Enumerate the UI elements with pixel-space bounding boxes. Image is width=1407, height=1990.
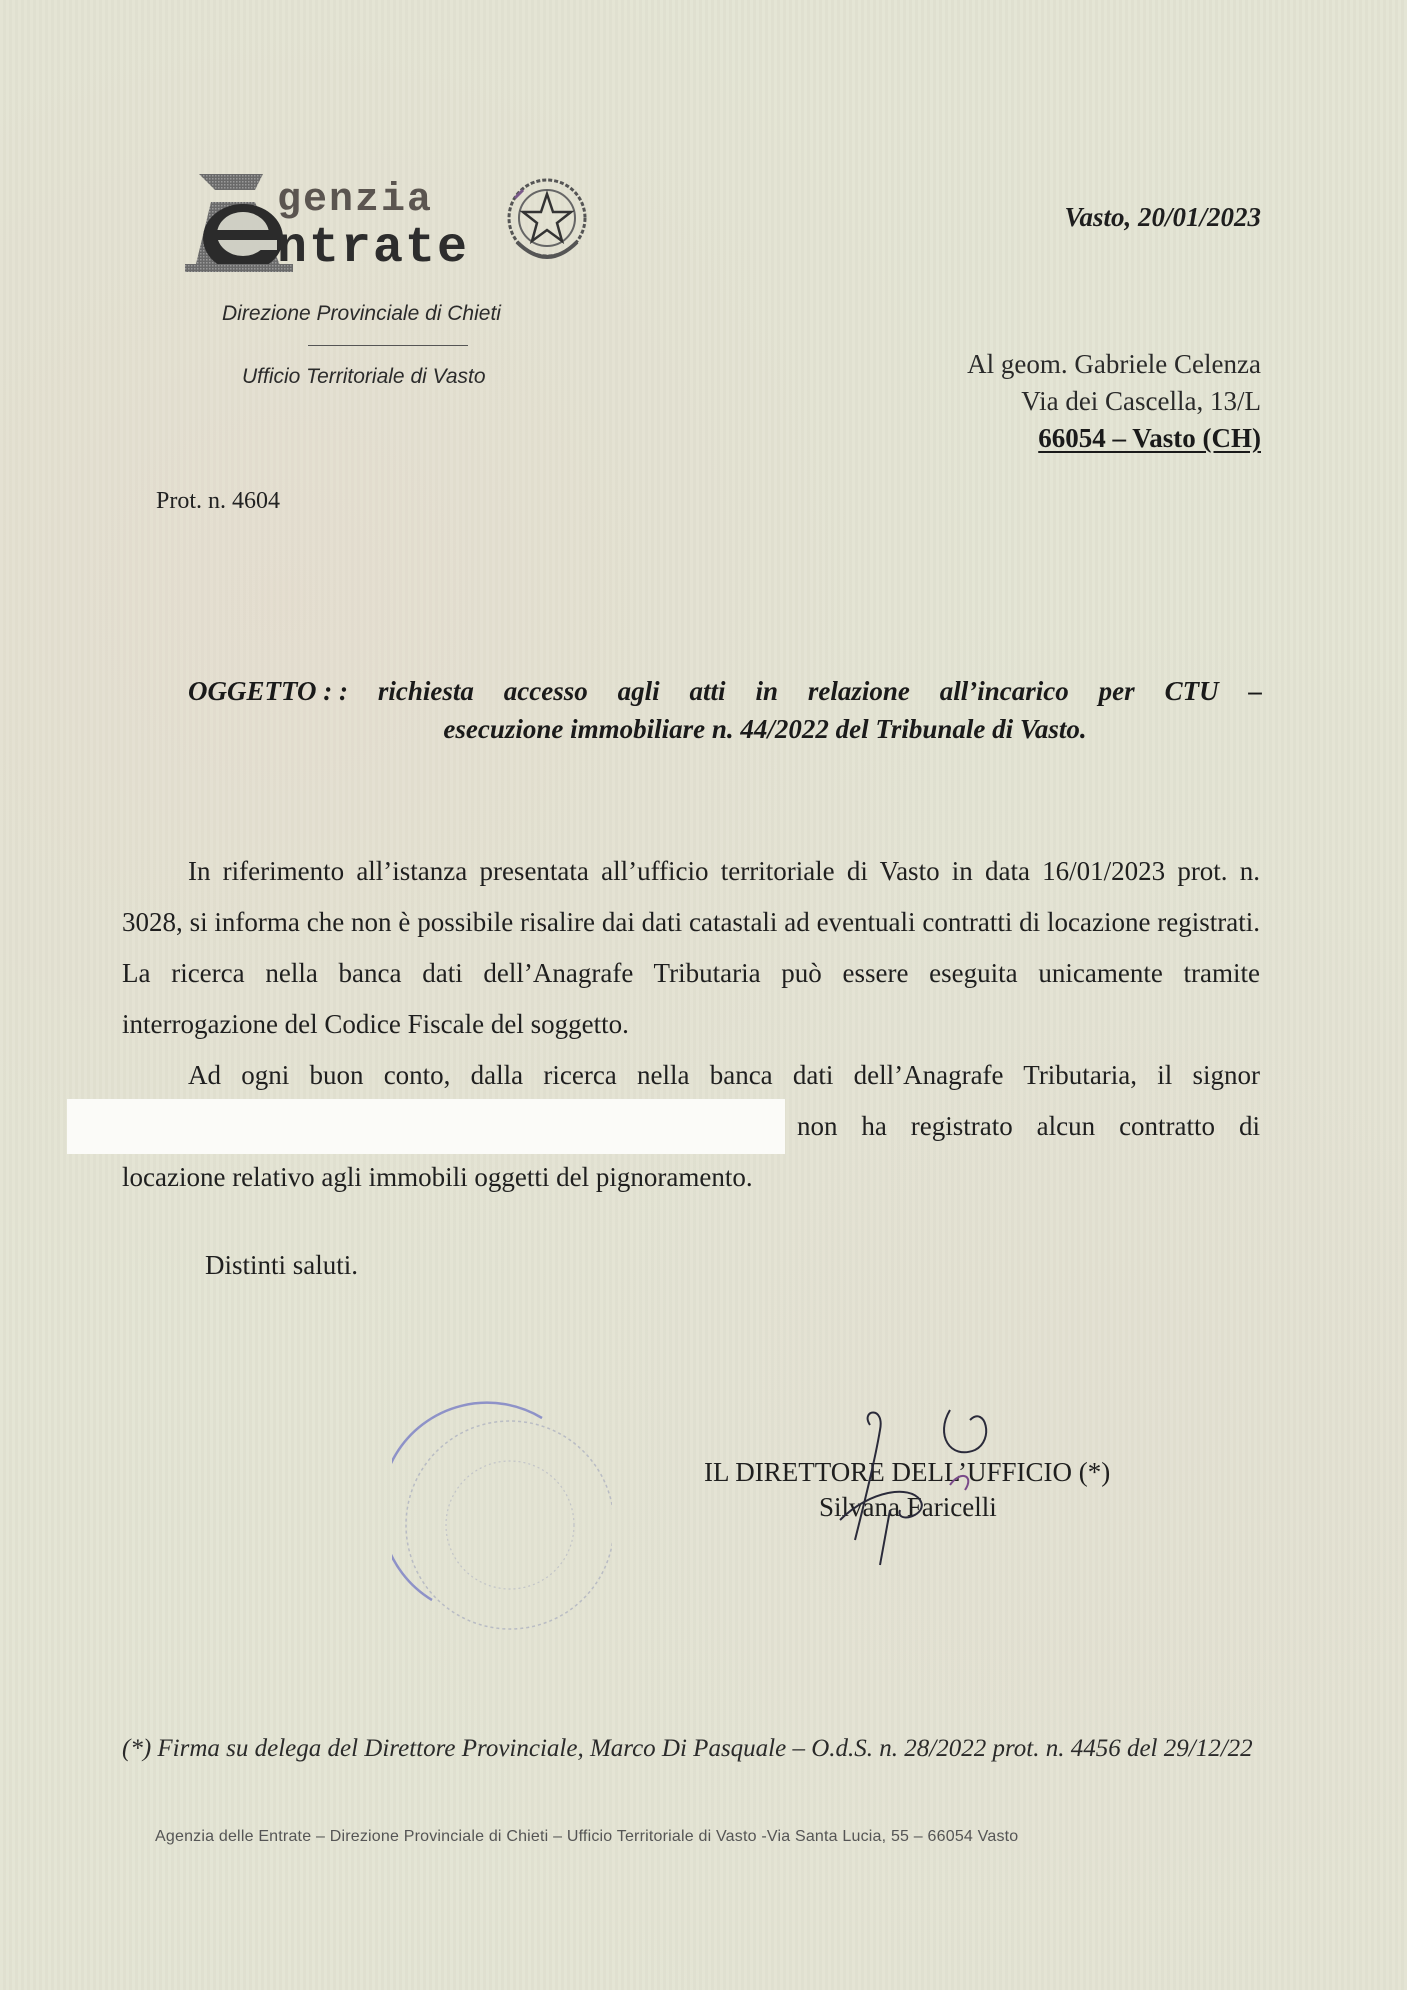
recipient-city: 66054 – Vasto (CH)	[967, 420, 1261, 457]
body-paragraph-1: In riferimento all’istanza presentata al…	[122, 846, 1260, 1050]
subject-word: agli	[618, 672, 660, 710]
redacted-line-tail: nonharegistratoalcuncontrattodi	[797, 1101, 1260, 1152]
subject-line-1: OGGETTO : : richiestaaccessoagliattiinre…	[188, 672, 1262, 710]
subject-block: OGGETTO : : richiestaaccessoagliattiinre…	[188, 672, 1262, 748]
logo-word-genzia: genzia	[277, 178, 433, 223]
subject-line-2: esecuzione immobiliare n. 44/2022 del Tr…	[188, 710, 1262, 748]
subject-word: accesso	[504, 672, 588, 710]
letterhead-divider	[308, 345, 468, 346]
closing-salutation: Distinti saluti.	[205, 1250, 358, 1281]
recipient-name: Al geom. Gabriele Celenza	[967, 346, 1261, 383]
page-footer: Agenzia delle Entrate – Direzione Provin…	[155, 1828, 1018, 1846]
redaction-box	[67, 1099, 785, 1154]
recipient-address: Al geom. Gabriele Celenza Via dei Cascel…	[967, 346, 1261, 457]
letter-body: In riferimento all’istanza presentata al…	[122, 846, 1260, 1203]
body-word: contratto	[1119, 1101, 1215, 1152]
handwritten-signature-icon	[800, 1390, 1100, 1580]
subject-word: –	[1248, 672, 1262, 710]
delegation-footnote: (*) Firma su delega del Direttore Provin…	[122, 1733, 1260, 1765]
body-word: registrato	[911, 1101, 1013, 1152]
logo-word-ntrate: ntrate	[277, 220, 469, 277]
subject-word: relazione	[808, 672, 910, 710]
subject-word: richiesta	[378, 672, 474, 710]
body-paragraph-2-line-1: Ad ogni buon conto, dalla ricerca nella …	[122, 1050, 1260, 1101]
body-word: alcun	[1037, 1101, 1095, 1152]
recipient-street: Via dei Cascella, 13/L	[967, 383, 1261, 420]
subject-label: OGGETTO : :	[188, 672, 348, 710]
italian-republic-emblem-icon	[503, 172, 591, 272]
office-name: Ufficio Territoriale di Vasto	[242, 365, 486, 389]
body-word: non	[797, 1101, 838, 1152]
body-word: di	[1239, 1101, 1260, 1152]
subject-word: atti	[690, 672, 726, 710]
agency-logo: genzia ntrate	[185, 168, 595, 278]
subject-word: all’incarico	[940, 672, 1069, 710]
subject-word: per	[1099, 672, 1135, 710]
subject-word: CTU	[1165, 672, 1219, 710]
protocol-number: Prot. n. 4604	[156, 488, 280, 515]
body-word: ha	[861, 1101, 886, 1152]
office-stamp-icon	[392, 1400, 612, 1640]
letter-date: Vasto, 20/01/2023	[1064, 202, 1261, 233]
subject-word: in	[755, 672, 778, 710]
directorate-name: Direzione Provinciale di Chieti	[222, 302, 501, 326]
redacted-line: nonharegistratoalcuncontrattodi	[122, 1101, 1260, 1152]
body-paragraph-2-line-3: locazione relativo agli immobili oggetti…	[122, 1152, 1260, 1203]
